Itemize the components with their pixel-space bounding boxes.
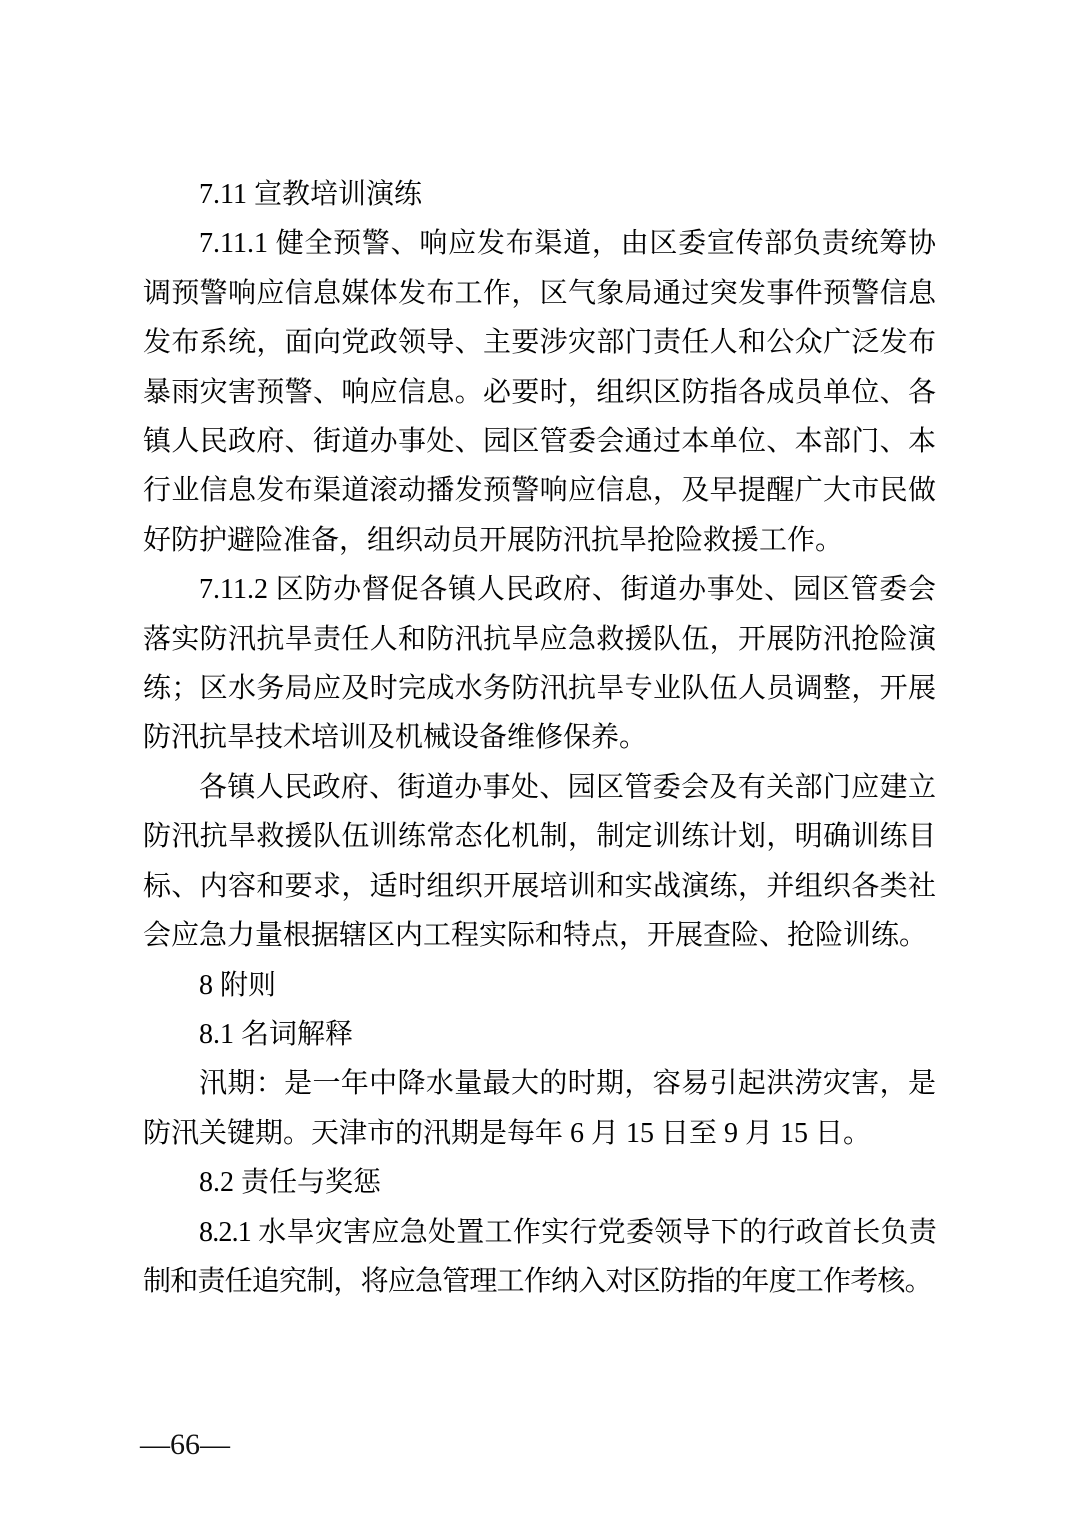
document-body: 7.11 宣教培训演练 7.11.1 健全预警、响应发布渠道，由区委宣传部负责统…	[143, 170, 936, 1306]
page-number: —66—	[140, 1428, 230, 1461]
section-heading-8-1: 8.1 名词解释	[143, 1010, 936, 1059]
paragraph-training-mechanism: 各镇人民政府、街道办事处、园区管委会及有关部门应建立防汛抗旱救援队伍训练常态化机…	[143, 763, 936, 961]
section-heading-8: 8 附则	[143, 961, 936, 1010]
section-heading-7-11: 7.11 宣教培训演练	[143, 170, 936, 219]
section-heading-8-2: 8.2 责任与奖惩	[143, 1158, 936, 1207]
page-footer: —66—	[140, 1425, 230, 1465]
paragraph-flood-season-definition: 汛期：是一年中降水量最大的时期，容易引起洪涝灾害，是防汛关键期。天津市的汛期是每…	[143, 1059, 936, 1158]
paragraph-7-11-1: 7.11.1 健全预警、响应发布渠道，由区委宣传部负责统筹协调预警响应信息媒体发…	[143, 219, 936, 565]
paragraph-8-2-1: 8.2.1 水旱灾害应急处置工作实行党委领导下的行政首长负责制和责任追究制，将应…	[143, 1208, 936, 1307]
document-page: 7.11 宣教培训演练 7.11.1 健全预警、响应发布渠道，由区委宣传部负责统…	[0, 0, 1074, 1520]
paragraph-7-11-2: 7.11.2 区防办督促各镇人民政府、街道办事处、园区管委会落实防汛抗旱责任人和…	[143, 565, 936, 763]
